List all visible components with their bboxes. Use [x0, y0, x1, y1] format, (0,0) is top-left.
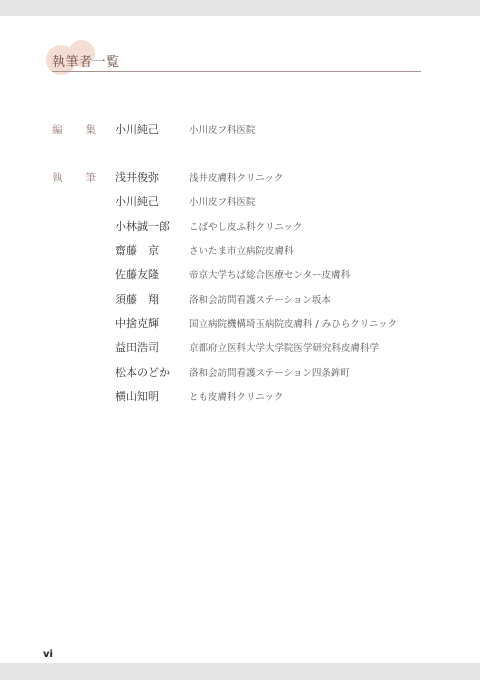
author-row: 横山知明 とも皮膚科クリニック	[0, 388, 480, 404]
author-affiliation: 国立病院機構埼玉病院皮膚科 / みひらクリニック	[189, 316, 397, 330]
author-row: 齋藤 京 さいたま市立病院皮膚科	[0, 242, 480, 258]
role-char: 集	[86, 122, 97, 137]
author-row: 松本のどか 洛和会訪問看護ステーション四条鉾町	[0, 364, 480, 380]
page-title: 執筆者一覧	[52, 51, 120, 70]
author-affiliation: とも皮膚科クリニック	[189, 389, 283, 403]
editor-affiliation: 小川皮フ科医院	[189, 122, 256, 136]
author-name: 松本のどか	[115, 364, 170, 380]
author-name: 中捨克輝	[115, 315, 159, 331]
title-underline	[52, 71, 421, 72]
author-name: 横山知明	[115, 388, 159, 404]
author-affiliation: 浅井皮膚科クリニック	[189, 170, 283, 184]
author-row: 執 筆 浅井俊弥 浅井皮膚科クリニック	[0, 169, 480, 185]
author-name: 須藤 翔	[115, 291, 159, 307]
page-number: vi	[43, 649, 53, 660]
role-char: 執	[52, 170, 63, 185]
author-row: 佐藤友隆 帝京大学ちば総合医療センター皮膚科	[0, 266, 480, 282]
author-row: 小林誠一郎 こばやし皮ふ科クリニック	[0, 218, 480, 234]
author-affiliation: 洛和会訪問看護ステーション四条鉾町	[189, 365, 350, 379]
role-label-authors: 執 筆	[52, 170, 96, 185]
author-name: 益田浩司	[115, 339, 159, 355]
author-affiliation: 京都府立医科大学大学院医学研究科皮膚科学	[189, 340, 379, 354]
role-char: 編	[52, 122, 63, 137]
author-name: 小川純己	[115, 193, 159, 209]
author-affiliation: さいたま市立病院皮膚科	[189, 243, 294, 257]
editor-name: 小川純己	[115, 121, 159, 137]
section-header: 執筆者一覧	[52, 42, 421, 72]
author-name: 佐藤友隆	[115, 266, 159, 282]
author-name: 小林誠一郎	[115, 218, 170, 234]
author-affiliation: 洛和会訪問看護ステーション坂本	[189, 292, 331, 306]
author-row: 須藤 翔 洛和会訪問看護ステーション坂本	[0, 291, 480, 307]
role-char: 筆	[86, 170, 97, 185]
author-name: 齋藤 京	[115, 242, 159, 258]
author-name: 浅井俊弥	[115, 169, 159, 185]
author-affiliation: こばやし皮ふ科クリニック	[189, 219, 302, 233]
author-row: 小川純己 小川皮フ科医院	[0, 193, 480, 209]
author-row: 中捨克輝 国立病院機構埼玉病院皮膚科 / みひらクリニック	[0, 315, 480, 331]
author-affiliation: 帝京大学ちば総合医療センター皮膚科	[189, 267, 350, 281]
editor-row: 編 集 小川純己 小川皮フ科医院	[0, 121, 480, 137]
author-affiliation: 小川皮フ科医院	[189, 194, 256, 208]
author-row: 益田浩司 京都府立医科大学大学院医学研究科皮膚科学	[0, 339, 480, 355]
role-label-editor: 編 集	[52, 122, 96, 137]
document-page: 執筆者一覧 編 集 小川純己 小川皮フ科医院 執 筆 浅井俊弥 浅井皮膚科クリニ…	[0, 16, 480, 663]
